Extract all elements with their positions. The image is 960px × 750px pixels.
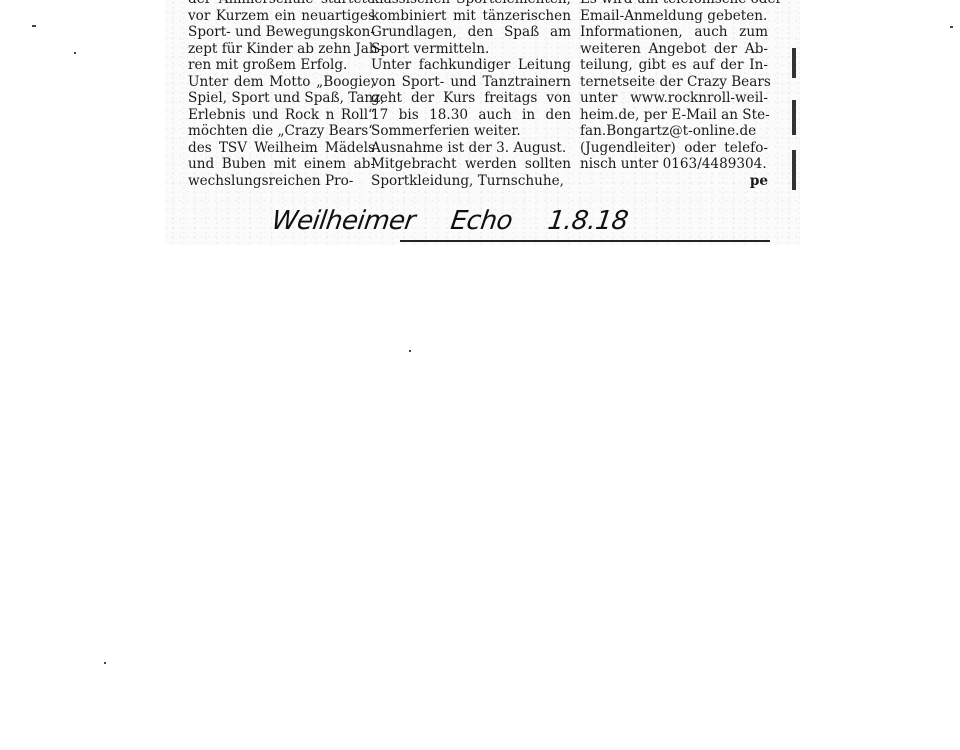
article-line: vor Kurzem ein neuartiges [188,8,375,25]
article-line: der Ammerschule startete [188,0,375,8]
article-line: ren mit großem Erfolg. [188,57,375,74]
article-line: wechslungsreichen Pro- [188,173,375,190]
article-line: nisch unter 0163/4489304. [580,156,768,173]
article-line: ternetseite der Crazy Bears [580,74,768,91]
article-line: fan.Bongartz@t-online.de [580,123,768,140]
article-line: klassischen Sportelementen, [371,0,571,8]
article-line: weiteren Angebot der Ab- [580,41,768,58]
article-line: Informationen, auch zum [580,24,768,41]
article-line: 17 bis 18.30 auch in den [371,107,571,124]
article-line: Es wird um telefonische oder [580,0,768,8]
article-line: unter www.rocknroll-weil- [580,90,768,107]
handwritten-source-note: WeilheimerEcho1.8.18 [270,206,666,236]
article-line: Erlebnis und Rock n Roll“ [188,107,375,124]
article-line: Ausnahme ist der 3. August. [371,140,571,157]
article-line: und Buben mit einem ab- [188,156,375,173]
article-line: (Jugendleiter) oder telefo- [580,140,768,157]
handwritten-underline [400,240,770,242]
scan-speck [950,26,953,28]
article-line: Unter fachkundiger Leitung [371,57,571,74]
scan-edge-mark [792,100,796,135]
handwritten-source-name: Weilheimer [270,206,417,236]
handwritten-source-name-2: Echo [449,206,514,236]
article-column-2: klassischen Sportelementen,kombiniert mi… [371,0,571,189]
article-line: von Sport- und Tanztrainern [371,74,571,91]
scan-speck [104,662,106,664]
article-line: Sport vermitteln. [371,41,571,58]
scan-edge-mark [792,48,796,78]
article-line: Spiel, Sport und Spaß, Tanz, [188,90,375,107]
scan-speck [32,25,36,27]
article-line: teilung, gibt es auf der In- [580,57,768,74]
scan-edge-mark [792,150,796,190]
author-signature: pe [580,173,768,190]
article-column-3: Es wird um telefonische oderEmail-Anmeld… [580,0,768,189]
article-line: kombiniert mit tänzerischen [371,8,571,25]
article-line: Unter dem Motto „Boogie, [188,74,375,91]
article-line: Mitgebracht werden sollten [371,156,571,173]
article-line: Sport- und Bewegungskon- [188,24,375,41]
article-column-1: der Ammerschule startetevor Kurzem ein n… [188,0,375,189]
article-line: möchten die „Crazy Bears“ [188,123,375,140]
article-line: Grundlagen, den Spaß am [371,24,571,41]
article-line: Email-Anmeldung gebeten. [580,8,768,25]
article-line: des TSV Weilheim Mädels [188,140,375,157]
article-line: zept für Kinder ab zehn Jah- [188,41,375,58]
article-line: heim.de, per E-Mail an Ste- [580,107,768,124]
article-line: Sommerferien weiter. [371,123,571,140]
scan-speck [409,350,411,352]
article-line: Sportkleidung, Turnschuhe, [371,173,571,190]
article-line: geht der Kurs freitags von [371,90,571,107]
scan-speck [74,52,76,54]
handwritten-date: 1.8.18 [546,206,630,236]
